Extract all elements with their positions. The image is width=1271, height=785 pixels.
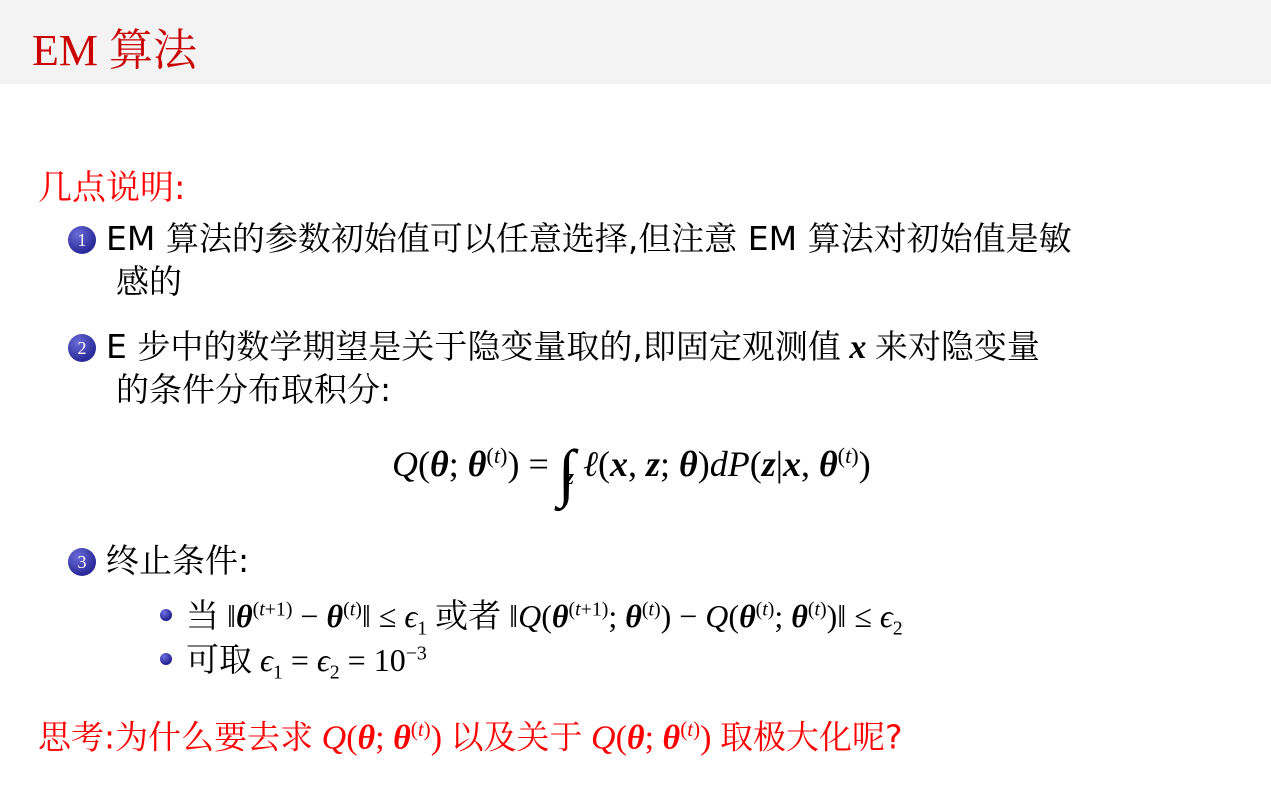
item-2-text: E 步中的数学期望是关于隐变量取的,即固定观测值 [106,327,841,366]
q-function-formula: Q(θ; θ(t)) = ∫z ℓ(x, z; θ)dP(z|x, θ(t)) [392,436,871,510]
var-x: x [849,329,866,366]
connector-or: 或者 [435,596,501,635]
thinking-label: 思考:为什么要去求 [38,717,313,756]
item-2-text-b: 来对隐变量 [875,327,1040,366]
thinking-middle: 以及关于 [451,717,583,756]
list-item-3: 3终止条件: [68,540,249,583]
item-1-text-cont: 感的 [116,262,182,301]
sub-item-prefix: 当 [186,596,219,635]
thinking-end: 取极大化呢? [720,717,903,756]
number-badge-2: 2 [68,334,96,362]
sub-item-prefix: 可取 [186,640,252,679]
item-2-text-cont: 的条件分布取积分: [116,370,391,409]
bullet-icon [160,653,172,665]
item-3-text: 终止条件: [106,541,249,580]
number-badge-3: 3 [68,548,96,576]
thinking-question: 思考:为什么要去求 Q(θ; θ(t)) 以及关于 Q(θ; θ(t)) 取极大… [38,708,902,759]
section-heading: 几点说明: [38,160,185,209]
item-1-text: EM 算法的参数初始值可以任意选择,但注意 EM 算法对初始值是敏 [106,219,1072,258]
bullet-icon [160,609,172,621]
title-bar: EM 算法 [0,0,1271,84]
list-item-2: 2E 步中的数学期望是关于隐变量取的,即固定观测值 x 来对隐变量 的条件分布取… [68,326,1040,412]
number-badge-1: 1 [68,226,96,254]
slide-title: EM 算法 [32,14,197,78]
sub-item-condition: 当 ‖θ(t+1) − θ(t)‖ ≤ ϵ1 或者 ‖Q(θ(t+1); θ(t… [160,590,903,640]
sub-item-value: 可取 ϵ1 = ϵ2 = 10−3 [160,634,427,684]
list-item-1: 1EM 算法的参数初始值可以任意选择,但注意 EM 算法对初始值是敏 感的 [68,218,1072,304]
